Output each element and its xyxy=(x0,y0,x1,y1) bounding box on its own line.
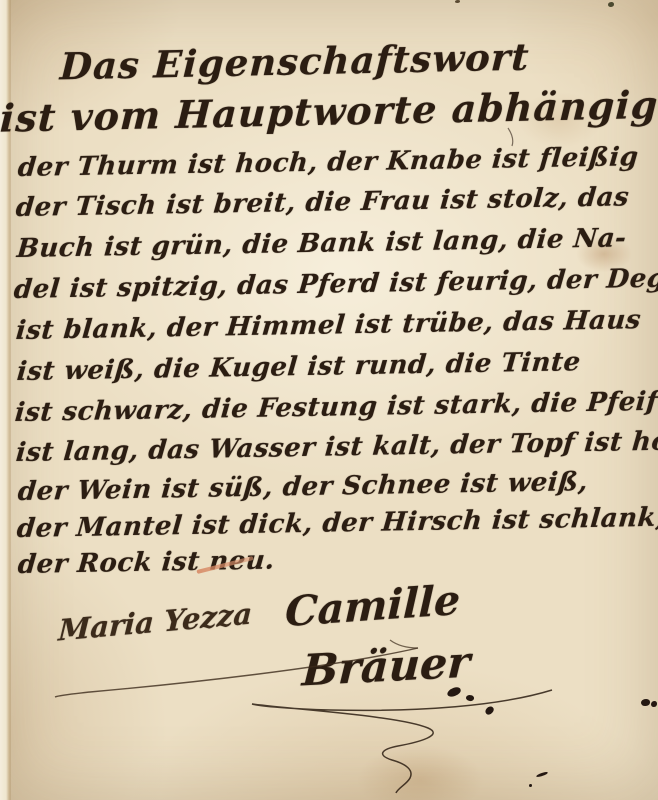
manuscript-title-line-1: Das Eigenschaftswort xyxy=(59,36,481,89)
ink-speck xyxy=(455,0,460,3)
manuscript-line: ist blank, der Himmel ist trübe, das Hau… xyxy=(15,305,643,346)
manuscript-page: Das Eigenschaftswort ist vom Hauptworte … xyxy=(0,0,658,800)
manuscript-title-line-2: ist vom Hauptworte abhängig. xyxy=(0,84,541,140)
ink-blot xyxy=(641,699,650,706)
manuscript-line: ist lang, das Wasser ist kalt, der Topf … xyxy=(15,426,658,468)
ink-speck xyxy=(529,784,532,787)
manuscript-line: der Tisch ist breit, die Frau ist stolz,… xyxy=(15,182,631,223)
ink-blot xyxy=(484,705,495,716)
ink-speck xyxy=(608,2,614,7)
manuscript-line: ist weiß, die Kugel ist rund, die Tinte xyxy=(16,347,582,387)
manuscript-line: ist schwarz, die Festung ist stark, die … xyxy=(14,386,658,428)
manuscript-line: der Wein ist süß, der Schnee ist weiß, xyxy=(17,467,590,507)
signature-left: Maria Yezza xyxy=(57,596,252,647)
signature-right-first-name: Camille xyxy=(284,576,461,636)
ink-speck xyxy=(536,771,548,778)
ink-blot xyxy=(465,694,474,702)
manuscript-line: der Thurm ist hoch, der Knabe ist fleißi… xyxy=(17,142,640,183)
signature-right-last-name: Bräuer xyxy=(301,637,472,696)
manuscript-line: Buch ist grün, die Bank ist lang, die Na… xyxy=(16,223,628,264)
manuscript-line: der Mantel ist dick, der Hirsch ist schl… xyxy=(16,503,658,544)
ink-blot xyxy=(651,701,657,707)
manuscript-line: del ist spitzig, das Pferd ist feurig, d… xyxy=(13,263,658,305)
